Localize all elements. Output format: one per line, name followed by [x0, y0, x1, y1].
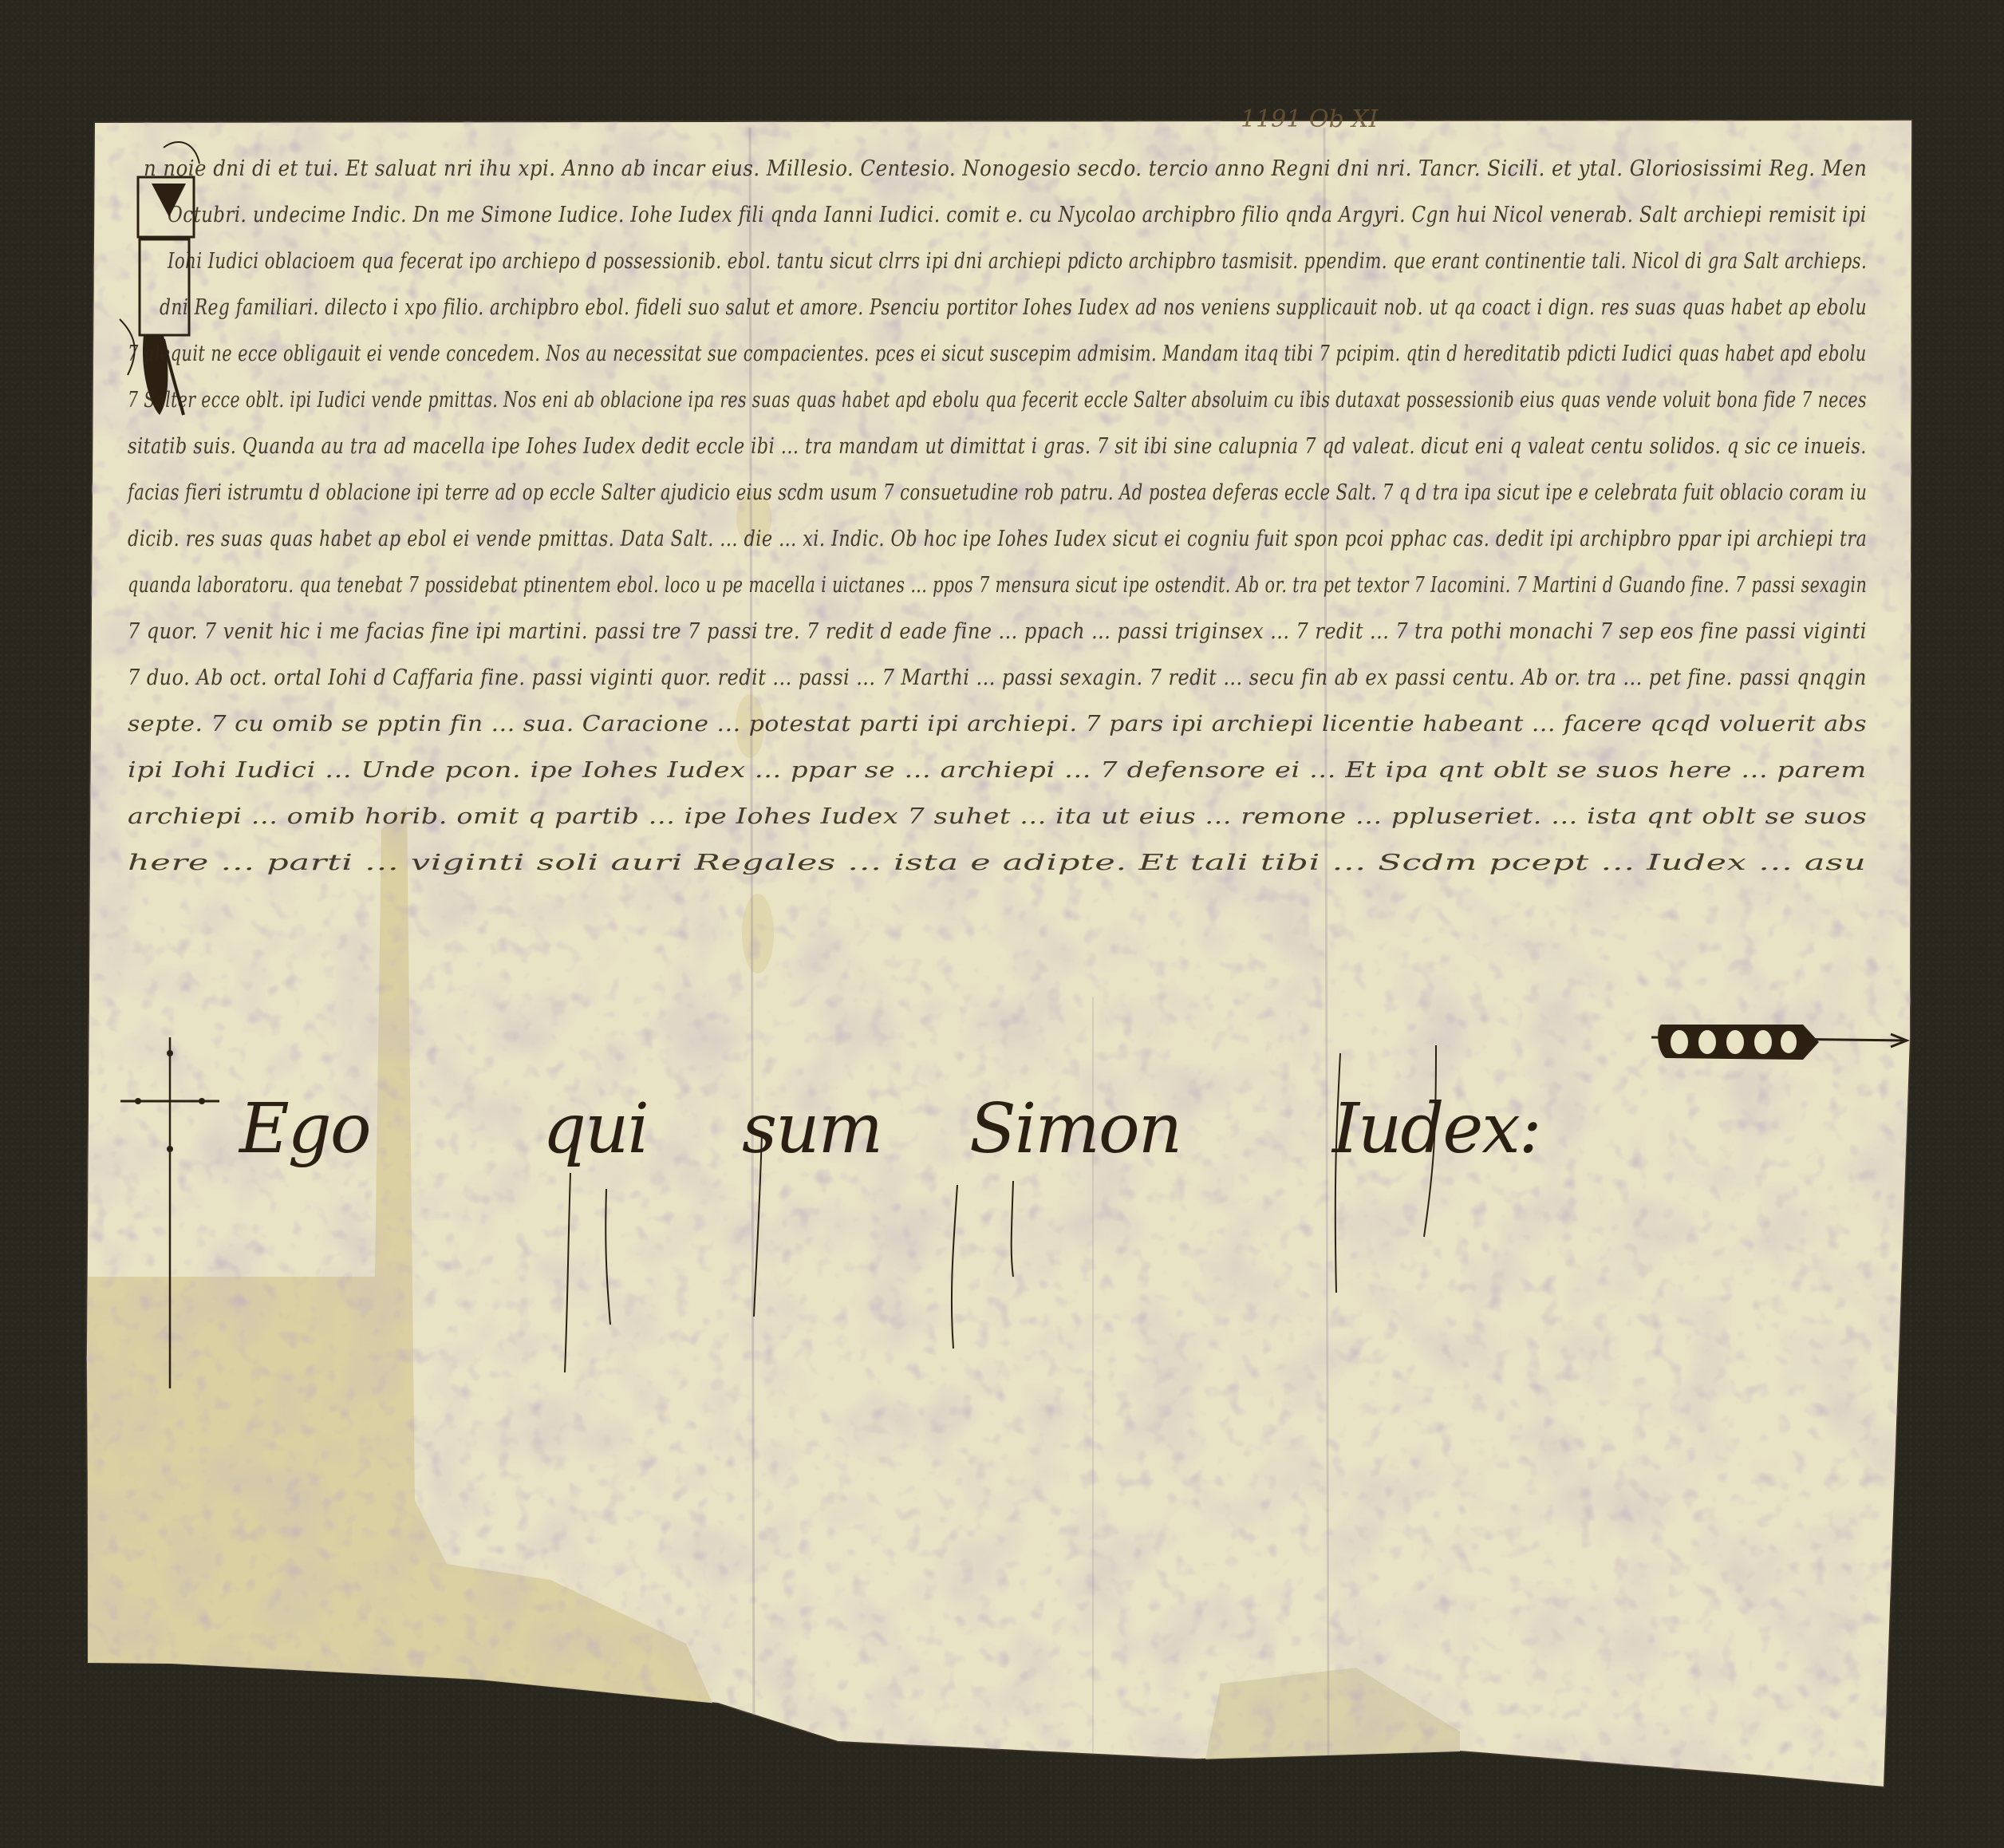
text-line: archiepi ... omib horib. omit q partib .… [128, 804, 1867, 829]
text-line: sitatib suis. Quanda au tra ad macella i… [128, 434, 1867, 459]
text-line: quanda laboratoru. qua tenebat 7 posside… [128, 573, 1867, 598]
signature-word-qui: qui [542, 1089, 648, 1169]
text-line: septe. 7 cu omib se pptin fin ... sua. C… [128, 712, 1867, 736]
text-line: dni Reg familiari. dilecto i xpo filio. … [160, 295, 1867, 320]
signature-word-iudex: Iudex: [1332, 1089, 1540, 1169]
signature-word-simon: Simon [969, 1089, 1181, 1169]
text-line: dicib. res suas quas habet ap ebol ei ve… [128, 527, 1867, 551]
text-line: Iohi Iudici oblacioem qua fecerat ipo ar… [168, 249, 1867, 274]
archival-annotation: 1191 Ob XI [1241, 105, 1378, 133]
text-line: n noie dni di et tui. Et saluat nri ihu … [144, 156, 1867, 181]
text-line: 7 quor. 7 venit hic i me facias fine ipi… [128, 619, 1867, 644]
text-line: Octubri. undecime Indic. Dn me Simone Iu… [168, 203, 1867, 227]
text-line: here ... parti ... viginti soli auri Reg… [128, 851, 1867, 875]
charter-parchment: 1191 Ob XI n noie dni di et tui. Et salu… [0, 0, 2004, 1848]
signature-word-ego: Ego [239, 1089, 370, 1169]
text-line: ipi Iohi Iudici ... Unde pcon. ipe Iohes… [128, 758, 1867, 783]
parchment-sheet [0, 0, 2004, 1848]
text-line: 7 alequit ne ecce obligauit ei vende con… [128, 342, 1867, 366]
signature-word-sum: sum [742, 1089, 882, 1169]
text-line: 7 duo. Ab oct. ortal Iohi d Caffaria fin… [128, 665, 1867, 690]
text-line: 7 Salter ecce oblt. ipi Iudici vende pmi… [128, 388, 1867, 413]
text-line: facias fieri istrumtu d oblacione ipi te… [128, 480, 1867, 505]
